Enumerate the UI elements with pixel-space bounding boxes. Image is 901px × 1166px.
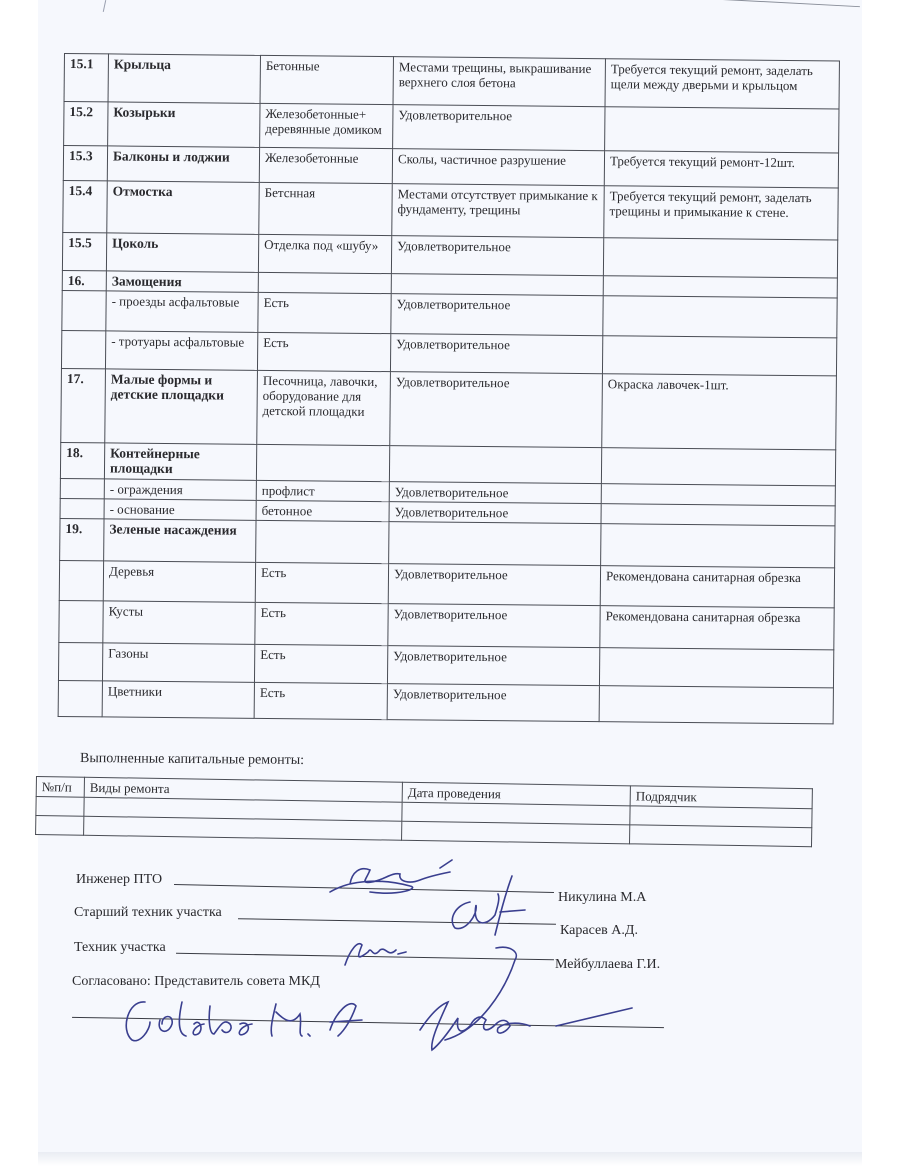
tech-signature-icon	[345, 944, 406, 965]
approver-handwriting-icon	[126, 1002, 252, 1041]
senior-tech-signature-icon	[452, 894, 525, 929]
approver-signature-icon	[420, 1002, 632, 1050]
handwritten-signatures	[0, 0, 901, 1166]
engineer-signature-icon	[330, 860, 452, 893]
